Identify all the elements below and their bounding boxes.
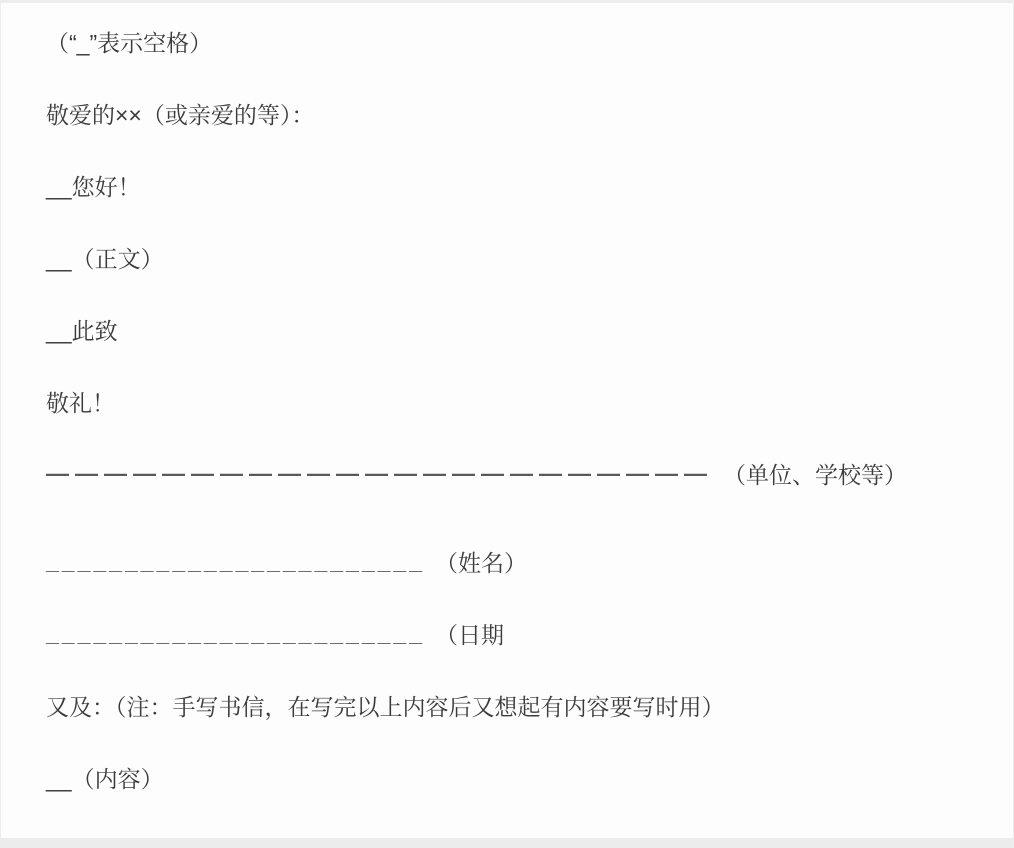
greeting-line: __您好！	[46, 149, 993, 221]
body-placeholder-line: __（正文）	[46, 221, 993, 293]
organization-label: （单位、学校等）	[723, 457, 907, 490]
salutation-text: 敬爱的××（或亲爱的等）：	[46, 97, 314, 130]
organization-signature-line: ——————————————————————— （单位、学校等）	[46, 437, 993, 509]
note-space-convention-text: （“_”表示空格）	[46, 25, 212, 58]
note-space-convention-line: （“_”表示空格）	[46, 5, 993, 77]
salute-line: 敬礼！	[46, 365, 993, 437]
date-label: （日期	[435, 617, 504, 650]
postscript-note-line: 又及：（注：手写书信，在写完以上内容后又想起有内容要写时用）	[46, 669, 993, 741]
name-signature-line: ________________________ （姓名）	[46, 525, 993, 597]
postscript-note-text: 又及：（注：手写书信，在写完以上内容后又想起有内容要写时用）	[46, 689, 725, 722]
closing-cizhi-text: __此致	[46, 313, 118, 346]
salute-text: 敬礼！	[46, 385, 115, 418]
postscript-content-line: __（内容）	[46, 741, 993, 813]
closing-cizhi-line: __此致	[46, 293, 993, 365]
name-underscore-blank: ________________________	[46, 548, 425, 575]
date-signature-line: ________________________ （日期	[46, 597, 993, 669]
bottom-edge-strip	[1, 838, 1013, 847]
organization-dash-blank: ———————————————————————	[46, 460, 713, 487]
document-content: （“_”表示空格） 敬爱的××（或亲爱的等）： __您好！ __（正文） __此…	[1, 3, 1013, 813]
letter-template-document: （“_”表示空格） 敬爱的××（或亲爱的等）： __您好！ __（正文） __此…	[0, 0, 1014, 848]
salutation-line: 敬爱的××（或亲爱的等）：	[46, 77, 993, 149]
greeting-text: __您好！	[46, 169, 141, 202]
body-placeholder-text: __（正文）	[46, 241, 164, 274]
postscript-content-text: __（内容）	[46, 761, 164, 794]
name-label: （姓名）	[435, 545, 527, 578]
date-underscore-blank: ________________________	[46, 620, 425, 647]
